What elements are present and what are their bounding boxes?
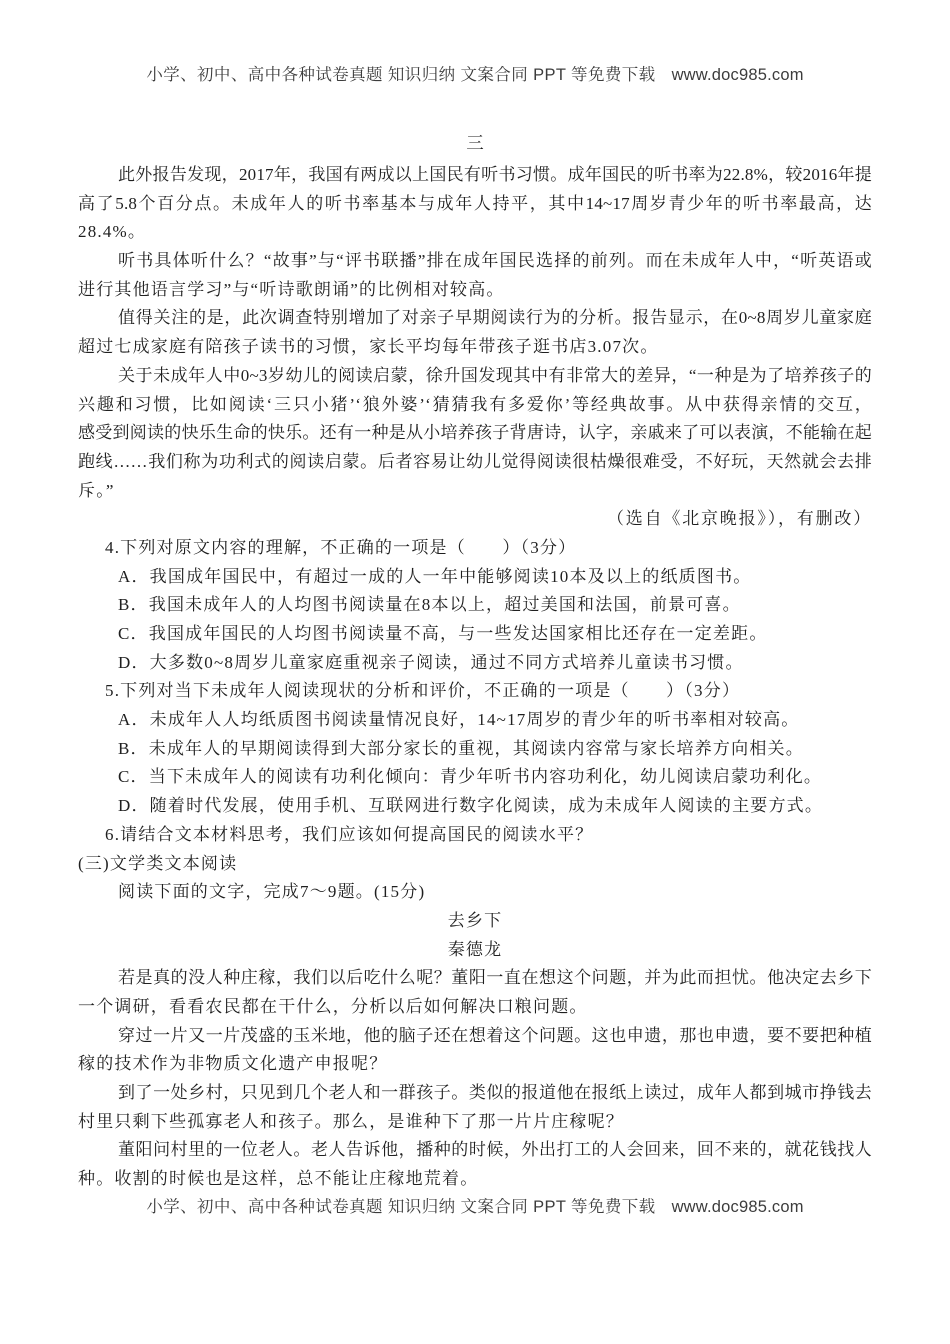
- document-page: 小学、初中、高中各种试卷真题 知识归纳 文案合同 PPT 等免费下载www.do…: [0, 0, 950, 1344]
- story-line: 稼的技术作为非物质文化遗产申报呢？: [78, 1050, 872, 1079]
- reading-instruction: 阅读下面的文字，完成7～9题。(15分): [78, 878, 872, 907]
- passage-line: 兴趣和习惯，比如阅读‘三只小猪’‘狼外婆’‘猜猜我有多爱你’等经典故事。从中获得…: [78, 391, 872, 420]
- story-line: 董阳问村里的一位老人。老人告诉他，播种的时候，外出打工的人会回来，回不来的，就花…: [78, 1136, 872, 1165]
- subsection-heading: (三)文学类文本阅读: [78, 850, 872, 879]
- passage-line: 关于未成年人中0~3岁幼儿的阅读启蒙，徐升国发现其中有非常大的差异，“一种是为了…: [78, 362, 872, 391]
- story-line: 若是真的没人种庄稼，我们以后吃什么呢？董阳一直在想这个问题，并为此而担忧。他决定…: [78, 964, 872, 993]
- question-4-option-d: D．大多数0~8周岁儿童家庭重视亲子阅读，通过不同方式培养儿童读书习惯。: [78, 649, 872, 678]
- passage-line: 超过七成家庭有陪孩子读书的习惯，家长平均每年带孩子逛书店3.07次。: [78, 333, 872, 362]
- passage-line: 斥。”: [78, 477, 872, 506]
- footer-site-url: www.doc985.com: [672, 1198, 804, 1216]
- page-header: 小学、初中、高中各种试卷真题 知识归纳 文案合同 PPT 等免费下载www.do…: [0, 62, 950, 88]
- passage-line: 听书具体听什么？“故事”与“评书联播”排在成年国民选择的前列。而在未成年人中，“…: [78, 247, 872, 276]
- question-5-option-c: C．当下未成年人的阅读有功利化倾向：青少年听书内容功利化，幼儿阅读启蒙功利化。: [78, 763, 872, 792]
- passage-line: 跑线……我们称为功利式的阅读启蒙。后者容易让幼儿觉得阅读很枯燥很难受，不好玩，天…: [78, 448, 872, 477]
- question-4-option-b: B．我国未成年人的人均图书阅读量在8本以上，超过美国和法国，前景可喜。: [78, 591, 872, 620]
- story-author: 秦德龙: [78, 936, 872, 965]
- header-promo-text: 小学、初中、高中各种试卷真题 知识归纳 文案合同 PPT 等免费下载: [146, 66, 655, 84]
- question-5-option-b: B．未成年人的早期阅读得到大部分家长的重视，其阅读内容常与家长培养方向相关。: [78, 735, 872, 764]
- story-line: 到了一处乡村，只见到几个老人和一群孩子。类似的报道他在报纸上读过，成年人都到城市…: [78, 1079, 872, 1108]
- question-5-option-d: D．随着时代发展，使用手机、互联网进行数字化阅读，成为未成年人阅读的主要方式。: [78, 792, 872, 821]
- story-line: 穿过一片又一片茂盛的玉米地，他的脑子还在想着这个问题。这也申遗，那也申遗，要不要…: [78, 1022, 872, 1051]
- passage-line: 28.4%。: [78, 218, 872, 247]
- passage-line: 进行其他语言学习”与“听诗歌朗诵”的比例相对较高。: [78, 276, 872, 305]
- story-line: 种。收割的时候也是这样，总不能让庄稼地荒着。: [78, 1165, 872, 1194]
- source-attribution: （选自《北京晚报》），有删改）: [78, 505, 872, 534]
- question-4: 4.下列对原文内容的理解，不正确的一项是（ ）（3分）: [78, 534, 872, 563]
- page-footer: 小学、初中、高中各种试卷真题 知识归纳 文案合同 PPT 等免费下载www.do…: [0, 1194, 950, 1220]
- question-6: 6.请结合文本材料思考，我们应该如何提高国民的阅读水平？: [78, 821, 872, 850]
- question-5-option-a: A．未成年人人均纸质图书阅读量情况良好，14~17周岁的青少年的听书率相对较高。: [78, 706, 872, 735]
- question-5: 5.下列对当下未成年人阅读现状的分析和评价，不正确的一项是（ ）（3分）: [78, 677, 872, 706]
- passage-line: 值得关注的是，此次调查特别增加了对亲子早期阅读行为的分析。报告显示，在0~8周岁…: [78, 304, 872, 333]
- story-line: 村里只剩下些孤寡老人和孩子。那么，是谁种下了那一片片庄稼呢？: [78, 1108, 872, 1137]
- passage-line: 高了5.8个百分点。未成年人的听书率基本与成年人持平，其中14~17周岁青少年的…: [78, 190, 872, 219]
- passage-line: 感受到阅读的快乐生命的快乐。还有一种是从小培养孩子背唐诗，认字，亲戚来了可以表演…: [78, 419, 872, 448]
- footer-promo-text: 小学、初中、高中各种试卷真题 知识归纳 文案合同 PPT 等免费下载: [146, 1198, 655, 1216]
- header-site-url: www.doc985.com: [672, 66, 804, 84]
- passage-line: 此外报告发现，2017年，我国有两成以上国民有听书习惯。成年国民的听书率为22.…: [78, 161, 872, 190]
- section-number-heading: 三: [0, 129, 950, 157]
- story-line: 一个调研，看看农民都在干什么，分析以后如何解决口粮问题。: [78, 993, 872, 1022]
- story-title: 去乡下: [78, 907, 872, 936]
- question-4-option-a: A．我国成年国民中，有超过一成的人一年中能够阅读10本及以上的纸质图书。: [78, 563, 872, 592]
- document-body: 此外报告发现，2017年，我国有两成以上国民有听书习惯。成年国民的听书率为22.…: [78, 161, 872, 1194]
- question-4-option-c: C．我国成年国民的人均图书阅读量不高，与一些发达国家相比还存在一定差距。: [78, 620, 872, 649]
